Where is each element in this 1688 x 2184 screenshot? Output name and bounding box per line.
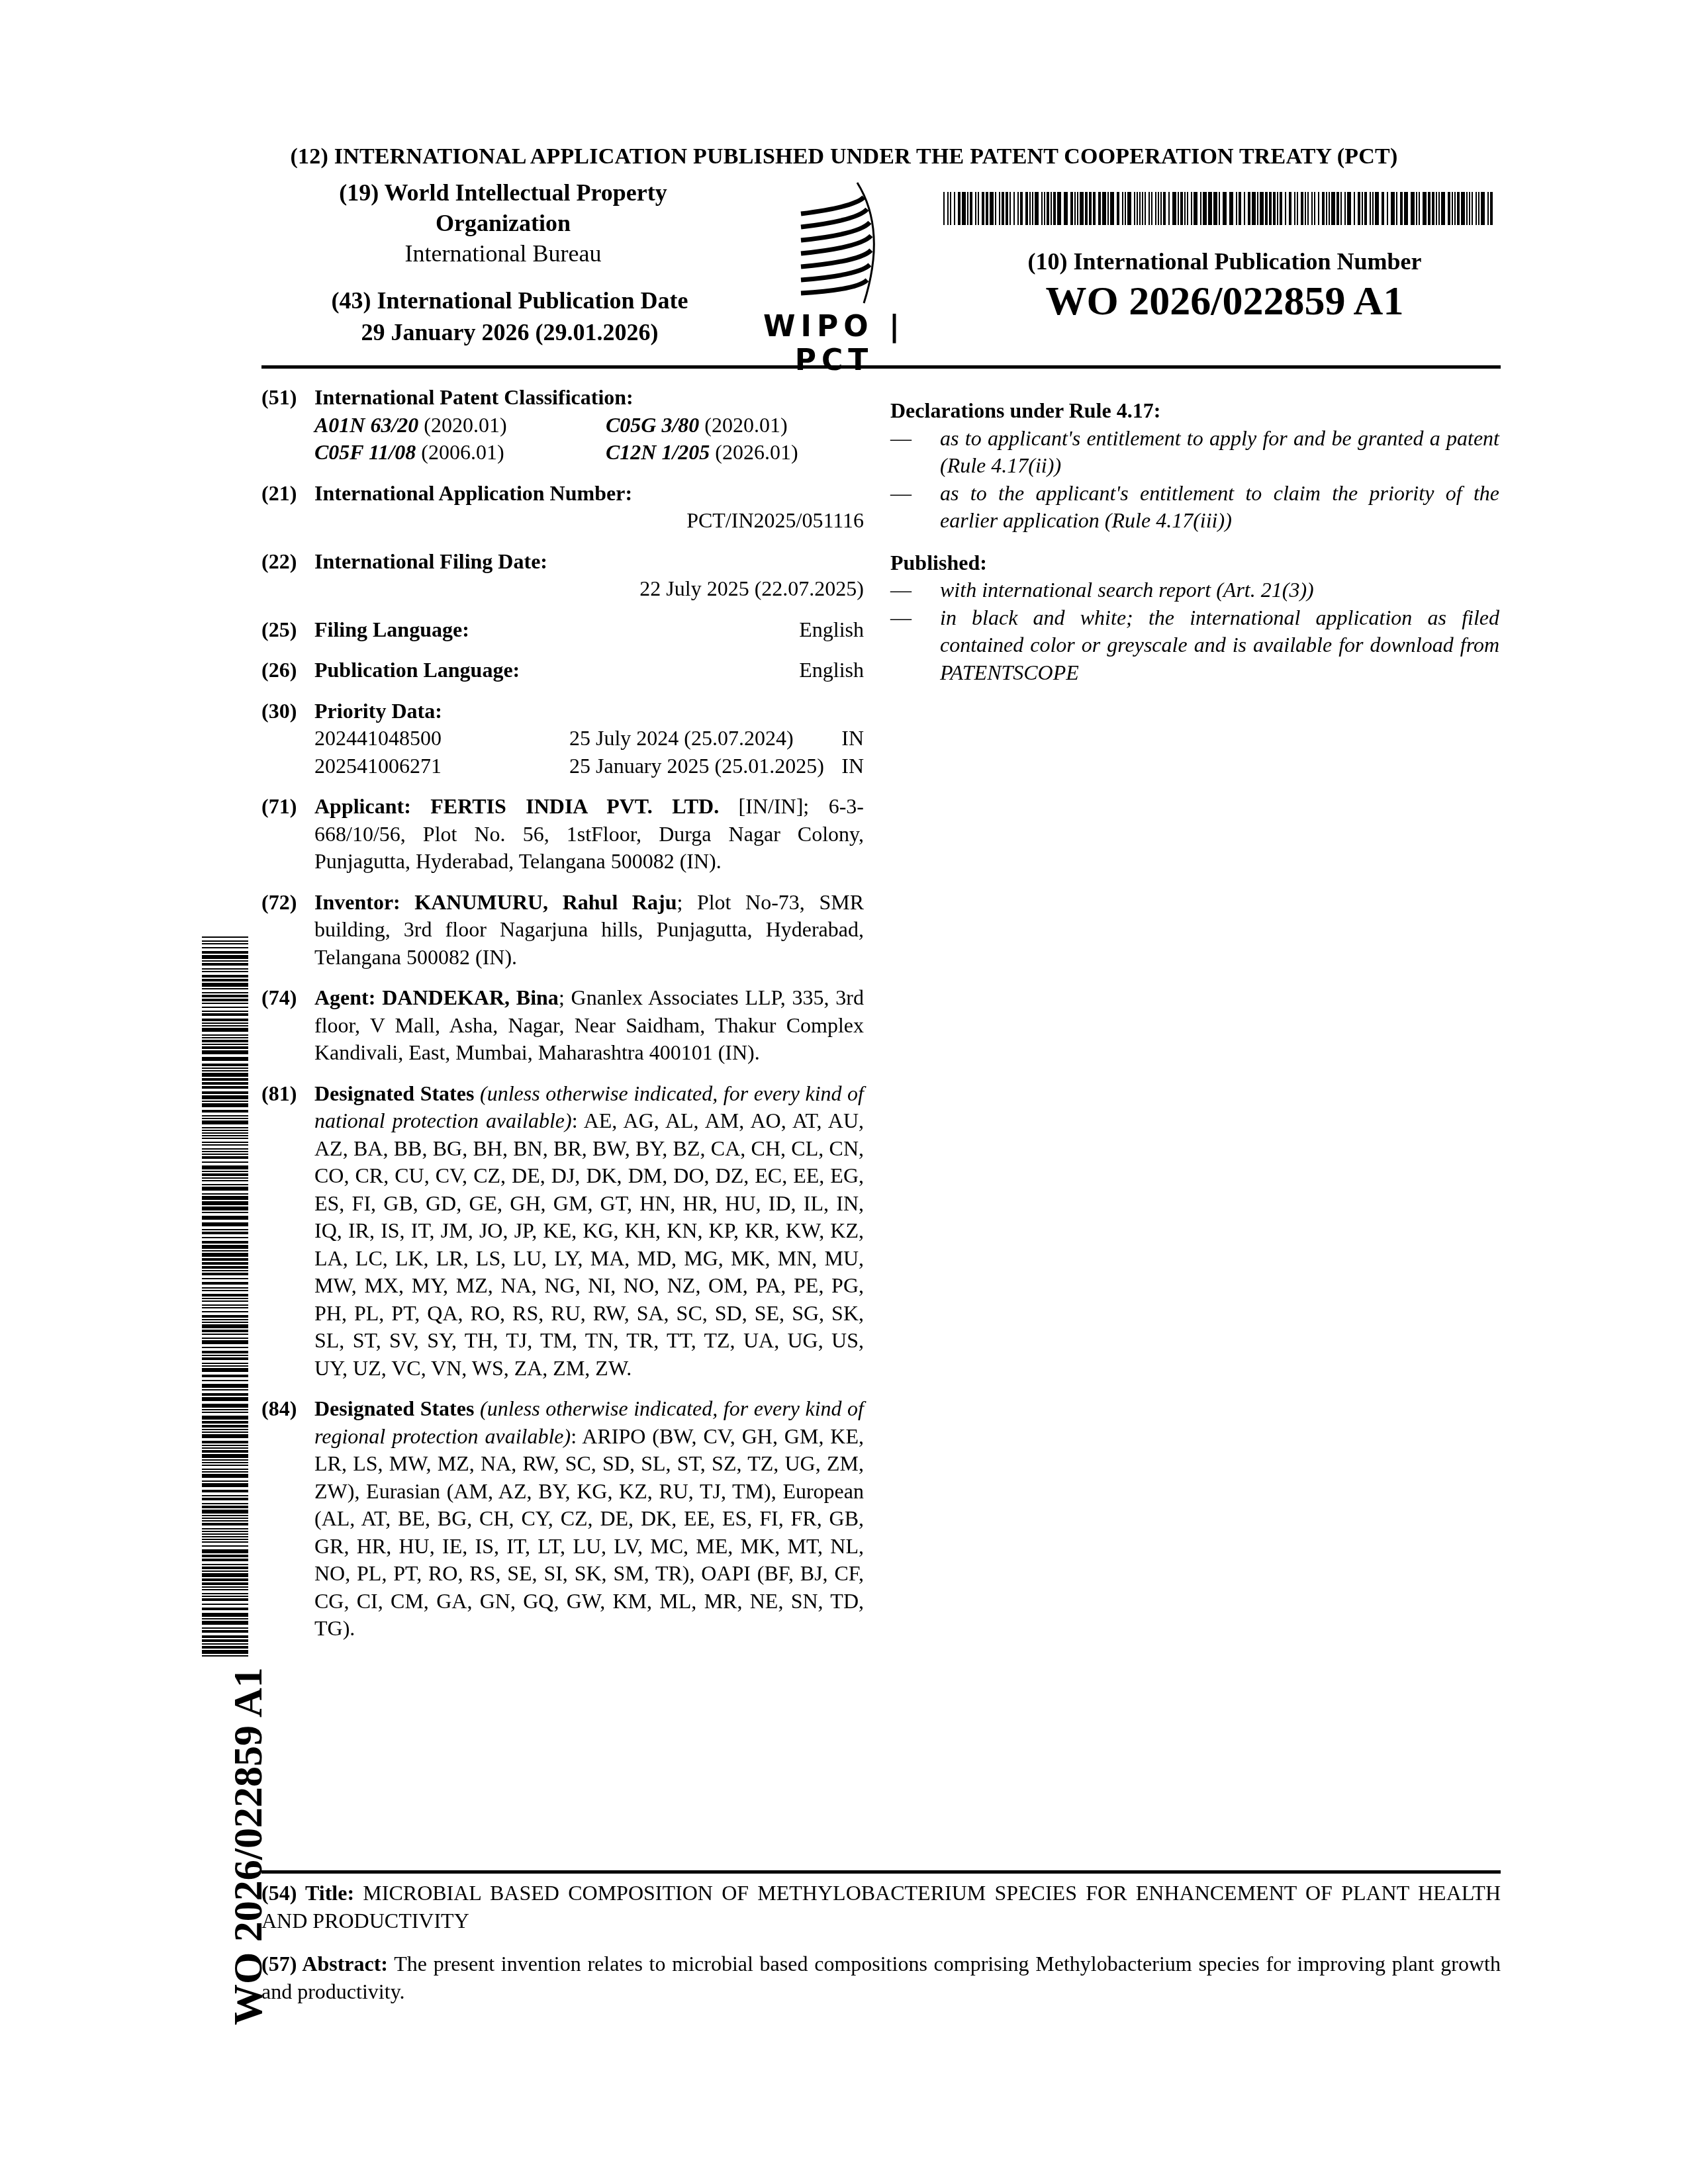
field-code: (81) (261, 1080, 314, 1383)
filing-date: 22 July 2025 (22.07.2025) (314, 575, 864, 603)
field-code: (21) (261, 480, 314, 535)
declarations-heading: Declarations under Rule 4.17: (890, 397, 1499, 425)
side-barcode-icon (202, 936, 248, 1658)
field-label: Designated States (314, 1081, 474, 1105)
field-label: Filing Language: (314, 616, 469, 644)
field-label: International Application Number: (314, 480, 864, 508)
field-code: (72) (261, 889, 314, 972)
side-publication-number: WO 2026/022859 A1 (225, 1667, 272, 2025)
field-label: Applicant: (314, 794, 411, 818)
field-label: Designated States (314, 1396, 474, 1420)
wipo-globe-icon (728, 177, 940, 310)
ipc-entry: C05G 3/80 (2020.01) (606, 412, 864, 439)
field-ipc: (51) International Patent Classification… (261, 384, 864, 467)
field-code: (30) (261, 698, 314, 780)
field-label: Agent: (314, 985, 375, 1009)
field-label: International Patent Classification: (314, 384, 864, 412)
declarations-column: Declarations under Rule 4.17: —as to app… (890, 397, 1499, 701)
published-section: Published: —with international search re… (890, 549, 1499, 687)
header-divider (261, 365, 1501, 369)
declarations-section: Declarations under Rule 4.17: —as to app… (890, 397, 1499, 535)
publication-number-block: (10) International Publication Number WO… (953, 248, 1496, 325)
field-applicant: (71) Applicant: FERTIS INDIA PVT. LTD. [… (261, 793, 864, 876)
office-name: World Intellectual Property (385, 179, 667, 206)
published-item: —with international search report (Art. … (890, 576, 1499, 604)
field-code: (26) (261, 657, 314, 684)
field-code: (51) (261, 384, 314, 467)
inventor-name: KANUMURU, Rahul Raju (414, 890, 677, 914)
field-designated-regional: (84) Designated States (unless otherwise… (261, 1395, 864, 1643)
title-label: (54) Title: (261, 1881, 354, 1905)
field-label: Inventor: (314, 890, 400, 914)
title-abstract-block: (54) Title: MICROBIAL BASED COMPOSITION … (261, 1880, 1501, 2021)
ipc-list: A01N 63/20 (2020.01) C05G 3/80 (2020.01)… (314, 412, 864, 467)
office-block: (19) World Intellectual Property Organiz… (318, 177, 688, 269)
declaration-item: —as to applicant's entitlement to apply … (890, 425, 1499, 480)
office-sub: International Bureau (318, 238, 688, 269)
field-code: (71) (261, 793, 314, 876)
field-code: (22) (261, 548, 314, 603)
office-name-line2: Organization (318, 208, 688, 238)
field-code: (74) (261, 984, 314, 1067)
declaration-item: —as to the applicant's entitlement to cl… (890, 480, 1499, 535)
publication-language: English (799, 657, 864, 684)
field-publication-language: (26) Publication Language: English (261, 657, 864, 684)
publication-date-label: (43) International Publication Date (305, 285, 715, 316)
field-code: (84) (261, 1395, 314, 1643)
ipc-entry: A01N 63/20 (2020.01) (314, 412, 606, 439)
field-application-number: (21) International Application Number: P… (261, 480, 864, 535)
bibliographic-fields: (51) International Patent Classification… (261, 384, 864, 1656)
publication-number-label: (10) International Publication Number (953, 248, 1496, 275)
application-number: PCT/IN2025/051116 (314, 507, 864, 535)
document-type-heading: (12) INTERNATIONAL APPLICATION PUBLISHED… (0, 144, 1688, 169)
field-label: Publication Language: (314, 657, 520, 684)
wipo-logo: WIPO | PCT (728, 177, 940, 349)
agent-name: DANDEKAR, Bina (382, 985, 559, 1009)
publication-number: WO 2026/022859 A1 (953, 278, 1496, 325)
priority-row: 20244104850025 July 2024 (25.07.2024)IN (314, 725, 864, 752)
applicant-name: FERTIS INDIA PVT. LTD. (430, 794, 719, 818)
abstract-paragraph: (57) Abstract: The present invention rel… (261, 1950, 1501, 2005)
field-priority-data: (30) Priority Data: 20244104850025 July … (261, 698, 864, 780)
field-agent: (74) Agent: DANDEKAR, Bina; Gnanlex Asso… (261, 984, 864, 1067)
field-inventor: (72) Inventor: KANUMURU, Rahul Raju; Plo… (261, 889, 864, 972)
title-divider (261, 1870, 1501, 1874)
ipc-entry: C12N 1/205 (2026.01) (606, 439, 864, 467)
field-designated-national: (81) Designated States (unless otherwise… (261, 1080, 864, 1383)
ipc-entry: C05F 11/08 (2006.01) (314, 439, 606, 467)
field-code: (25) (261, 616, 314, 644)
title-paragraph: (54) Title: MICROBIAL BASED COMPOSITION … (261, 1880, 1501, 1934)
title-text: MICROBIAL BASED COMPOSITION OF METHYLOBA… (261, 1881, 1501, 1933)
field-label: Priority Data: (314, 698, 864, 725)
field-filing-language: (25) Filing Language: English (261, 616, 864, 644)
designated-states-list: : ARIPO (BW, CV, GH, GM, KE, LR, LS, MW,… (314, 1424, 864, 1641)
publication-barcode-icon (943, 192, 1493, 225)
abstract-label: (57) Abstract: (261, 1952, 388, 1976)
publication-date: 29 January 2026 (29.01.2026) (305, 316, 715, 348)
published-heading: Published: (890, 549, 1499, 577)
publication-date-block: (43) International Publication Date 29 J… (305, 285, 715, 348)
field-filing-date: (22) International Filing Date: 22 July … (261, 548, 864, 603)
published-item: —in black and white; the international a… (890, 604, 1499, 687)
abstract-text: The present invention relates to microbi… (261, 1952, 1501, 2003)
filing-language: English (799, 616, 864, 644)
designated-states-list: : AE, AG, AL, AM, AO, AT, AU, AZ, BA, BB… (314, 1109, 864, 1380)
field-label: International Filing Date: (314, 548, 864, 576)
office-code: (19) (339, 179, 379, 206)
priority-row: 20254100627125 January 2025 (25.01.2025)… (314, 752, 864, 780)
